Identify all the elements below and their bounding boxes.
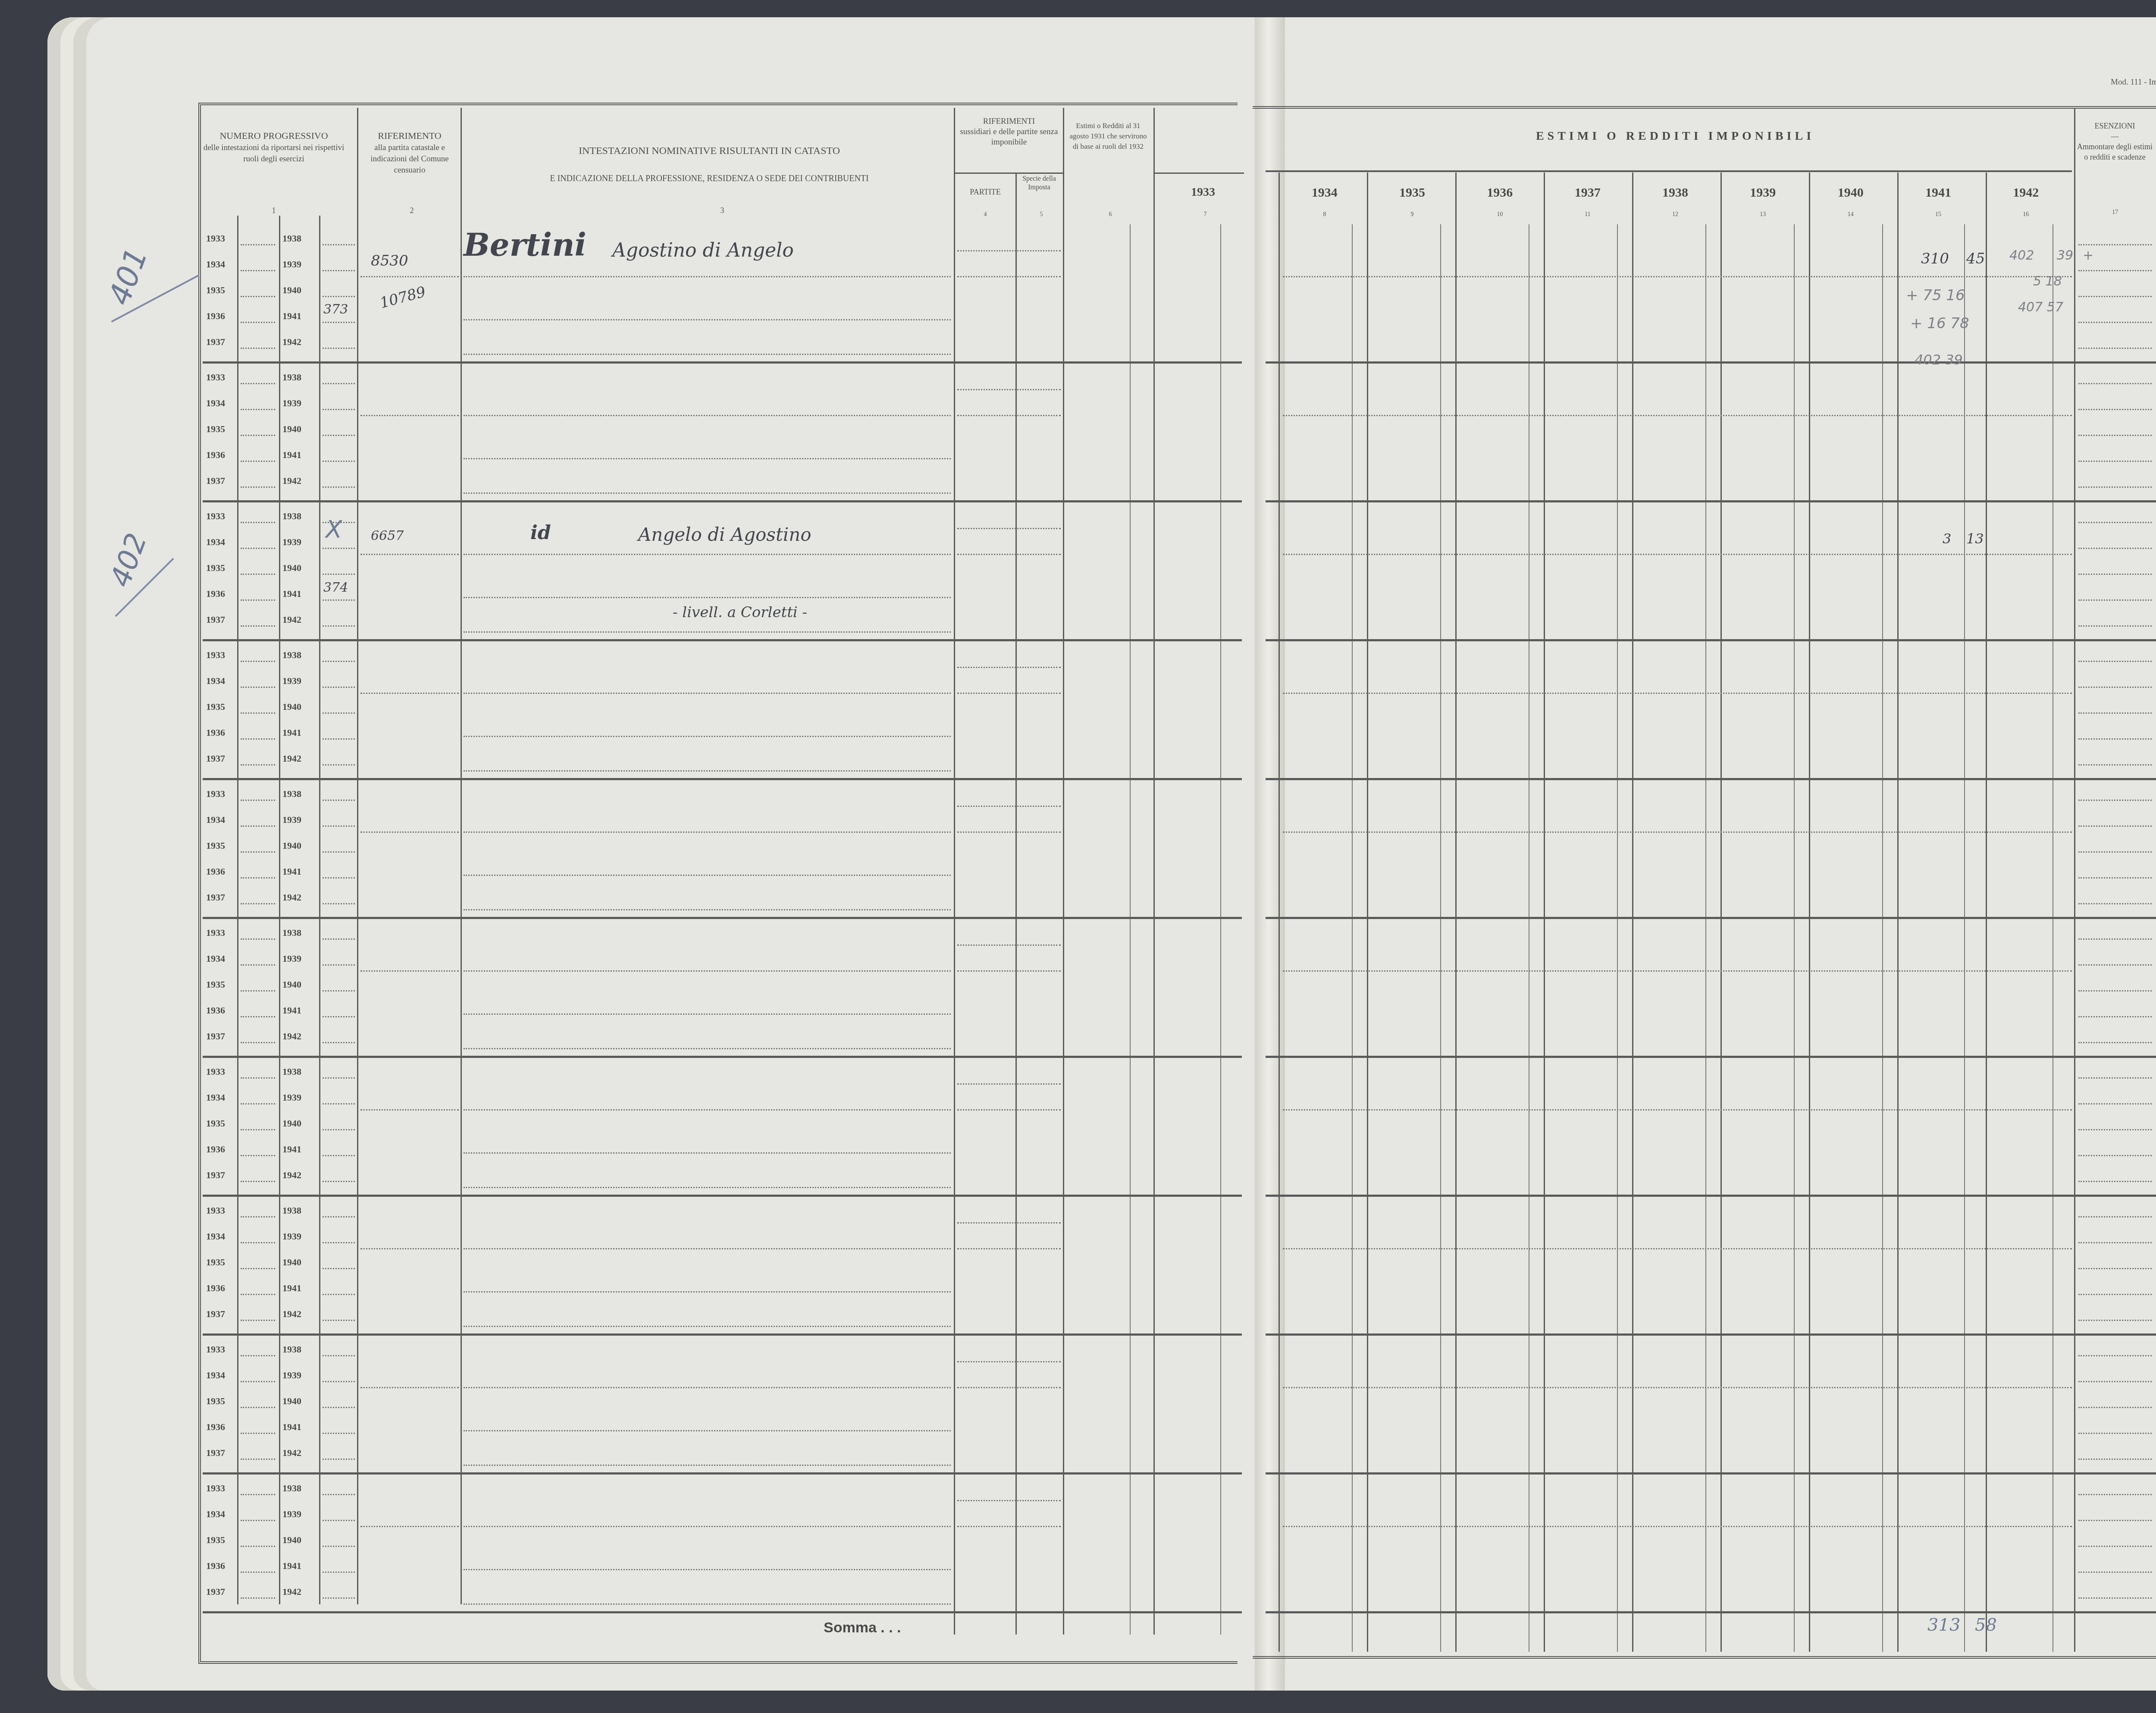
divider [319,216,320,1604]
taxpayer-surname: Bertini [464,226,586,263]
year-left: 1937 [206,1031,225,1042]
divider [1529,224,1529,1652]
divider [1130,224,1131,1635]
dotted-line [2078,322,2152,323]
year-left: 1934 [206,536,225,548]
amount-1942-total: 407 57 [2018,300,2063,315]
dotted-line [1283,1387,2072,1388]
dotted-line [464,1326,951,1327]
colnum: 15 [1894,211,1982,224]
dotted-line [241,877,275,878]
sum-1941-cents: 58 [1975,1615,1997,1635]
amount-1942: 402 [2009,248,2034,263]
year-right: 1941 [282,1005,301,1016]
divider [1279,173,1280,1652]
block-separator [203,639,1242,641]
divider [1705,224,1706,1652]
dotted-line [323,764,355,766]
dotted-line [241,990,275,991]
divider [1455,173,1457,1652]
block-separator [203,917,1242,919]
dotted-line [241,1181,275,1182]
dotted-line [323,322,355,323]
divider [1794,224,1795,1652]
header-rule [1153,173,1244,174]
header-col45-lines: sussidiari e delle partite senza imponib… [955,127,1063,147]
dotted-line [241,903,275,904]
divider [1809,173,1810,1652]
dotted-line [464,693,951,694]
year-right: 1940 [282,1118,301,1129]
divider [1632,173,1633,1652]
dotted-line [464,831,951,833]
dotted-line [323,964,355,966]
year-right: 1941 [282,588,301,599]
dotted-line [1283,693,2072,694]
amount-1941-cents: 45 [1966,250,1985,267]
dotted-line [2078,1294,2152,1295]
dotted-line [2078,1216,2152,1217]
year-right: 1941 [282,866,301,877]
dotted-line [323,296,355,297]
header-col1-lines: delle intestazioni da riportarsi nei ris… [203,142,345,165]
year-left: 1937 [206,1586,225,1597]
year-right: 1938 [282,788,301,800]
dotted-line [323,574,355,575]
dotted-line [2078,1433,2152,1434]
dotted-line [323,599,355,601]
divider [279,216,280,1604]
dotted-line [241,1381,275,1382]
block-separator [1266,778,2156,780]
dotted-line [464,1291,951,1293]
dotted-line [241,435,275,436]
block-separator [203,361,1242,364]
dotted-line [957,1526,1061,1527]
year-right: 1941 [282,727,301,738]
dotted-line [464,1013,951,1015]
dotted-line [360,554,459,555]
year-left: 1934 [206,1092,225,1103]
dotted-line [2078,435,2152,436]
cadastral-ref-top: 8530 [371,252,408,270]
divider [1352,224,1353,1652]
year-right: 1942 [282,892,301,903]
year-right: 1941 [282,311,301,322]
dotted-line [2078,903,2152,904]
year-left: 1935 [206,1534,225,1546]
year-left: 1934 [206,1509,225,1520]
year-left: 1936 [206,1283,225,1294]
right-form-table [1253,106,2156,1659]
block-separator [203,1333,1242,1336]
dotted-line [2078,1242,2152,1243]
year-left: 1933 [206,1205,225,1216]
year-left: 1937 [206,1308,225,1320]
dotted-line [464,1248,951,1249]
divider [1964,224,1965,1652]
year-left: 1934 [206,953,225,964]
dotted-line [2078,1129,2152,1130]
dotted-line [241,712,275,714]
dotted-line [241,764,275,766]
dotted-line [464,319,951,320]
taxpayer-given-name: Angelo di Agostino [638,524,812,545]
dotted-line [2078,1042,2152,1043]
dotted-line [241,938,275,940]
dotted-line [2078,1016,2152,1017]
block-separator [1266,1611,2156,1613]
header-rule [1266,170,2072,172]
divider [1986,173,1987,1652]
dotted-line [2078,800,2152,801]
header-group-title: ESTIMI O REDDITI IMPONIBILI [1276,129,2074,143]
header-esenzioni-lines: Ammontare degli estimi o redditi e scade… [2075,141,2155,162]
dotted-line [323,1181,355,1182]
amount-1941: 310 [1921,250,1949,267]
dotted-line [323,851,355,853]
dotted-line [323,1320,355,1321]
dotted-line [2078,548,2152,549]
header-esenzioni-dash: — [2075,131,2155,141]
dotted-line [241,348,275,349]
dotted-line [957,667,1061,668]
colnum-7: 7 [1199,211,1212,218]
dotted-line [2078,990,2152,991]
dotted-line [323,738,355,740]
colnum-3: 3 [716,206,729,215]
dotted-line [1283,831,2072,833]
dotted-line [464,1109,951,1111]
dotted-line [2078,687,2152,688]
dotted-line [957,1361,1061,1362]
dotted-line [323,1042,355,1043]
year-right: 1939 [282,814,301,825]
dotted-line [1283,276,2072,277]
block-separator [1266,500,2156,502]
year-colnums: 8 9 10 11 12 13 14 15 16 [1281,211,2070,224]
year-left: 1936 [206,866,225,877]
dotted-line [2078,348,2152,349]
dotted-line [241,409,275,410]
dotted-line [2078,964,2152,966]
dotted-line [241,1216,275,1217]
divider [357,108,358,1604]
year-left: 1937 [206,1447,225,1459]
year-left: 1935 [206,424,225,435]
year-left: 1933 [206,649,225,661]
dotted-line [464,354,951,355]
dotted-line [323,1155,355,1156]
dotted-line [323,1520,355,1521]
year-right: 1942 [282,1031,301,1042]
dotted-line [241,296,275,297]
dotted-line [323,435,355,436]
dotted-line [241,1459,275,1460]
block-separator [1266,639,2156,641]
dotted-line [323,1129,355,1130]
dotted-line [360,276,459,277]
year-right: 1940 [282,1534,301,1546]
year-left: 1935 [206,285,225,296]
dotted-line [323,687,355,688]
year-right: 1941 [282,1144,301,1155]
colnum-17: 17 [2109,209,2122,216]
year-right: 1940 [282,1257,301,1268]
dotted-line [241,461,275,462]
dotted-line [323,1077,355,1079]
header-col4: PARTITE [955,185,1015,198]
block-separator [1266,917,2156,919]
year-right: 1942 [282,753,301,764]
dotted-line [241,1407,275,1408]
year-left: 1935 [206,1118,225,1129]
dotted-line [323,712,355,714]
dotted-line [464,1603,951,1605]
year-right: 1939 [282,953,301,964]
header-col2: RIFERIMENTO alla partita catastale e ind… [358,129,461,176]
dotted-line [2078,486,2152,488]
dotted-line [2078,270,2152,271]
year-left: 1933 [206,1483,225,1494]
header-col2-lines: alla partita catastale e indicazioni del… [358,142,461,176]
header-col1-title: NUMERO PROGRESSIVO [203,129,345,142]
dotted-line [323,1381,355,1382]
dotted-line [2078,1355,2152,1356]
dotted-line [323,1433,355,1434]
dotted-line [2078,574,2152,575]
dotted-line [323,1597,355,1599]
header-col5: Specie della Imposta [1018,175,1061,192]
divider [1882,224,1883,1652]
dotted-line [241,486,275,488]
colnum-6: 6 [1104,211,1117,218]
divider [1220,224,1221,1635]
dotted-line [957,1500,1061,1501]
dotted-line [323,1216,355,1217]
dotted-line [2078,738,2152,740]
dotted-line [957,250,1061,251]
sum-1941: 313 [1927,1615,1960,1635]
dotted-line [2078,1077,2152,1079]
dotted-line [464,1465,951,1466]
dotted-line [241,1520,275,1521]
divider [1015,173,1017,1635]
dotted-line [2078,599,2152,601]
divider [1063,108,1064,1635]
dotted-line [241,1494,275,1495]
dotted-line [241,661,275,662]
dotted-line [2078,851,2152,853]
dotted-line [1283,1526,2072,1527]
year-right: 1938 [282,1205,301,1216]
header-col6: Estimi o Redditi al 31 agosto 1931 che s… [1067,121,1149,152]
colnum: 10 [1456,211,1544,224]
dotted-line [2078,661,2152,662]
colnum-4: 4 [979,211,992,218]
dotted-line [323,270,355,271]
header-col45: RIFERIMENTI sussidiari e delle partite s… [955,116,1063,147]
dotted-line [241,574,275,575]
dotted-line [464,458,951,459]
block-separator [1266,1195,2156,1197]
year-right: 1938 [282,1483,301,1494]
check-mark: X [326,515,342,543]
dotted-line [241,800,275,801]
dotted-line [241,322,275,323]
year-right: 1942 [282,475,301,486]
dotted-line [2078,1268,2152,1269]
divider [1367,173,1368,1652]
dotted-line [323,877,355,878]
year-left: 1935 [206,562,225,574]
dotted-line [957,415,1061,416]
dotted-line [464,597,951,598]
dotted-line [2078,409,2152,410]
header-col45-title: RIFERIMENTI [955,116,1063,127]
dotted-line [1283,1109,2072,1111]
dotted-line [323,348,355,349]
year-right: 1938 [282,511,301,522]
dotted-line [957,276,1061,277]
dotted-line [241,522,275,523]
dotted-line [323,1546,355,1547]
year-left: 1937 [206,614,225,625]
dotted-line [464,1048,951,1049]
year-right: 1939 [282,259,301,270]
divider [461,108,462,1604]
dotted-line [2078,1320,2152,1321]
divider [2074,108,2075,1652]
esenzioni-mark: + [2083,248,2093,263]
year-right: 1938 [282,1066,301,1077]
dotted-line [241,964,275,966]
dotted-line [2078,1459,2152,1460]
year-right: 1940 [282,1396,301,1407]
year-right: 1939 [282,398,301,409]
block-separator [203,1611,1242,1613]
dotted-line [323,1572,355,1573]
left-form-table [198,103,1238,1664]
dotted-line [464,736,951,737]
year-left: 1937 [206,336,225,348]
year-left: 1933 [206,372,225,383]
dotted-line [1283,554,2072,555]
dotted-line [241,270,275,271]
block-separator [203,500,1242,502]
dotted-line [2078,244,2152,245]
year-right: 1938 [282,233,301,244]
colnum: 9 [1368,211,1456,224]
amount-1942-cents: 39 [2057,248,2073,263]
dotted-line [2078,383,2152,384]
dotted-line [957,1222,1061,1224]
dotted-line [241,244,275,245]
taxpayer-surname: id [530,522,551,544]
taxpayer-given-name: Agostino di Angelo [612,239,794,261]
year-left: 1936 [206,311,225,322]
year-left: 1935 [206,1396,225,1407]
block-separator [203,778,1242,780]
dotted-line [2078,522,2152,523]
dotted-line [957,528,1061,529]
year-left: 1936 [206,588,225,599]
dotted-line [323,1459,355,1460]
block-separator [203,1056,1242,1058]
form-code: Mod. 111 - Imposte Dirette (Intercalare)… [2111,78,2156,87]
dotted-line [323,383,355,384]
dotted-line [2078,296,2152,297]
year-right: 1942 [282,1586,301,1597]
year-left: 1937 [206,892,225,903]
dotted-line [1283,970,2072,972]
year-right: 1939 [282,536,301,548]
dotted-line [2078,825,2152,827]
divider [1897,173,1899,1652]
dotted-line [1283,415,2072,416]
year-right: 1941 [282,1560,301,1572]
dotted-line [241,1042,275,1043]
year-left: 1936 [206,1144,225,1155]
dotted-line [2078,1381,2152,1382]
year-left: 1936 [206,1560,225,1572]
dotted-line [323,990,355,991]
dotted-line [323,1407,355,1408]
progressive-number: 373 [323,302,348,317]
dotted-line [241,1077,275,1079]
dotted-line [2078,1494,2152,1495]
dotted-line [957,1248,1061,1249]
amount-1941-cents: 13 [1966,530,1984,547]
dotted-line [241,548,275,549]
dotted-line [241,1320,275,1321]
year-right: 1942 [282,1447,301,1459]
dotted-line [464,276,951,277]
dotted-line [241,1546,275,1547]
dotted-line [241,1572,275,1573]
dotted-line [323,800,355,801]
header-esenzioni-title: ESENZIONI [2075,121,2155,131]
dotted-line [464,415,951,416]
colnum: 13 [1719,211,1807,224]
amount-1941-total: 402 39 [1915,351,1963,368]
year-left: 1933 [206,511,225,522]
block-separator [203,1472,1242,1475]
dotted-line [323,903,355,904]
dotted-line [464,554,951,555]
dotted-line [957,693,1061,694]
dotted-line [323,1016,355,1017]
dotted-line [360,1387,459,1388]
dotted-line [2078,1103,2152,1104]
dotted-line [323,1294,355,1295]
dotted-line [323,1242,355,1243]
year-left: 1934 [206,259,225,270]
dotted-line [323,661,355,662]
dotted-line [323,409,355,410]
dotted-line [241,1103,275,1104]
colnum-1: 1 [267,206,280,215]
taxpayer-note: - livell. a Corletti - [673,604,807,621]
header-col2-title: RIFERIMENTO [358,129,461,142]
dotted-line [464,1152,951,1154]
dotted-line [2078,712,2152,714]
dotted-line [323,1103,355,1104]
divider [1720,173,1722,1652]
year-right: 1940 [282,285,301,296]
dotted-line [360,1526,459,1527]
dotted-line [957,831,1061,833]
